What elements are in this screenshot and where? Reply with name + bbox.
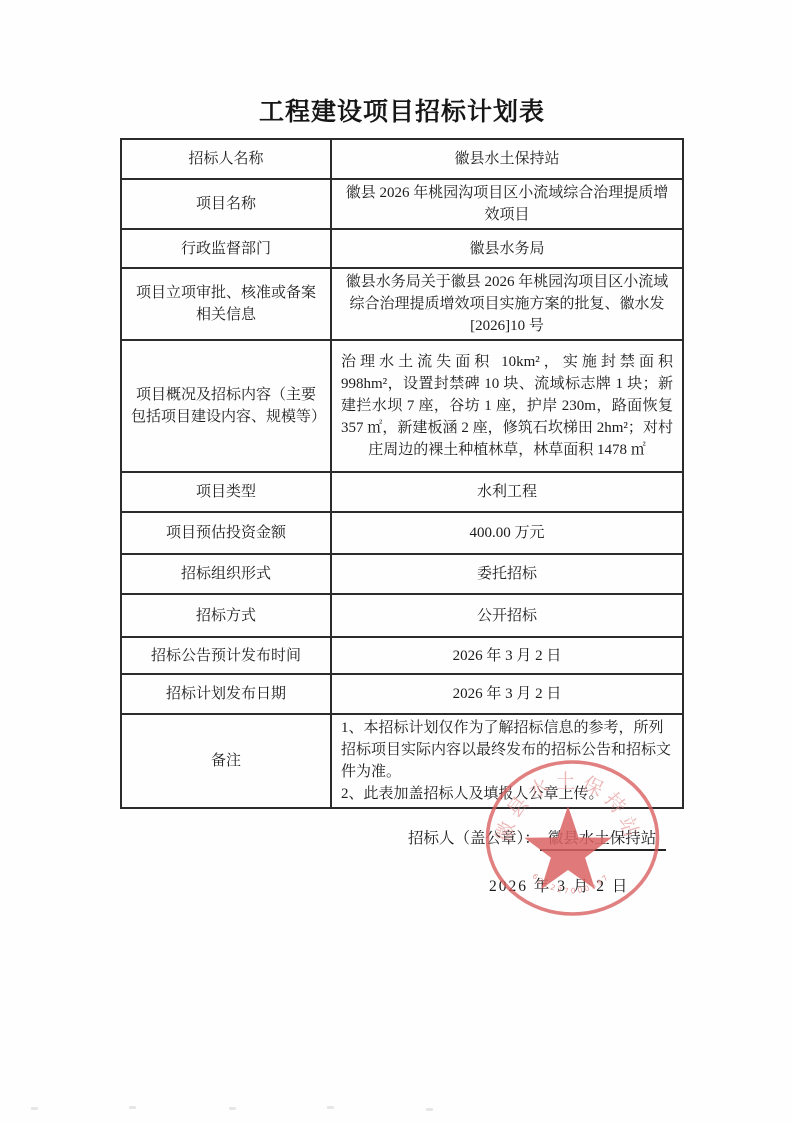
row-value: 徽县水土保持站 [331,139,683,179]
row-value: 徽县水务局关于徽县 2026 年桃园沟项目区小流域综合治理提质增效项目实施方案的… [331,268,683,340]
row-label: 项目概况及招标内容（主要包括项目建设内容、规模等） [121,340,331,472]
table-row: 项目预估投资金额 400.00 万元 [121,512,683,554]
scan-artifact [229,1107,236,1110]
scan-artifact [129,1106,136,1109]
table-row: 项目立项审批、核准或备案相关信息 徽县水务局关于徽县 2026 年桃园沟项目区小… [121,268,683,340]
row-label: 备注 [121,714,331,808]
row-label: 项目预估投资金额 [121,512,331,554]
row-label: 行政监督部门 [121,229,331,268]
scan-artifact [426,1108,433,1111]
row-label: 项目立项审批、核准或备案相关信息 [121,268,331,340]
row-value: 治理水土流失面积 10km²，实施封禁面积 998hm²，设置封禁碑 10 块、… [331,340,683,472]
signer-label: 招标人（盖公章）： [408,830,540,847]
table-row: 招标计划发布日期 2026 年 3 月 2 日 [121,674,683,714]
table-row: 招标人名称 徽县水土保持站 [121,139,683,179]
table-row: 项目概况及招标内容（主要包括项目建设内容、规模等） 治理水土流失面积 10km²… [121,340,683,472]
table-row: 项目名称 徽县 2026 年桃园沟项目区小流域综合治理提质增效项目 [121,179,683,229]
scan-artifact [327,1106,334,1109]
signer-name: 徽县水土保持站 [540,830,667,851]
row-value: 委托招标 [331,554,683,594]
row-label: 招标组织形式 [121,554,331,594]
row-value: 水利工程 [331,472,683,512]
row-label: 项目名称 [121,179,331,229]
table-row: 招标公告预计发布时间 2026 年 3 月 2 日 [121,637,683,674]
row-label: 招标计划发布日期 [121,674,331,714]
signer-line: 招标人（盖公章）：徽县水土保持站 [408,826,666,848]
row-label: 项目类型 [121,472,331,512]
row-label: 招标公告预计发布时间 [121,637,331,674]
row-value: 公开招标 [331,594,683,637]
footer-date: 2026 年 3 月 2 日 [489,874,629,896]
row-value: 400.00 万元 [331,512,683,554]
row-value: 徽县 2026 年桃园沟项目区小流域综合治理提质增效项目 [331,179,683,229]
row-value: 徽县水务局 [331,229,683,268]
page-title: 工程建设项目招标计划表 [120,92,684,128]
table-row: 行政监督部门 徽县水务局 [121,229,683,268]
scanned-page: 工程建设项目招标计划表 招标人名称 徽县水土保持站 项目名称 徽县 2026 年… [0,0,793,1122]
scan-artifact [31,1107,38,1110]
table-row: 项目类型 水利工程 [121,472,683,512]
tender-plan-table: 招标人名称 徽县水土保持站 项目名称 徽县 2026 年桃园沟项目区小流域综合治… [120,138,684,809]
row-value: 2026 年 3 月 2 日 [331,674,683,714]
row-label: 招标人名称 [121,139,331,179]
table-row: 招标方式 公开招标 [121,594,683,637]
table-row: 招标组织形式 委托招标 [121,554,683,594]
row-value: 2026 年 3 月 2 日 [331,637,683,674]
row-value: 1、本招标计划仅作为了解招标信息的参考，所列招标项目实际内容以最终发布的招标公告… [331,714,683,808]
row-label: 招标方式 [121,594,331,637]
table-row: 备注 1、本招标计划仅作为了解招标信息的参考，所列招标项目实际内容以最终发布的招… [121,714,683,808]
